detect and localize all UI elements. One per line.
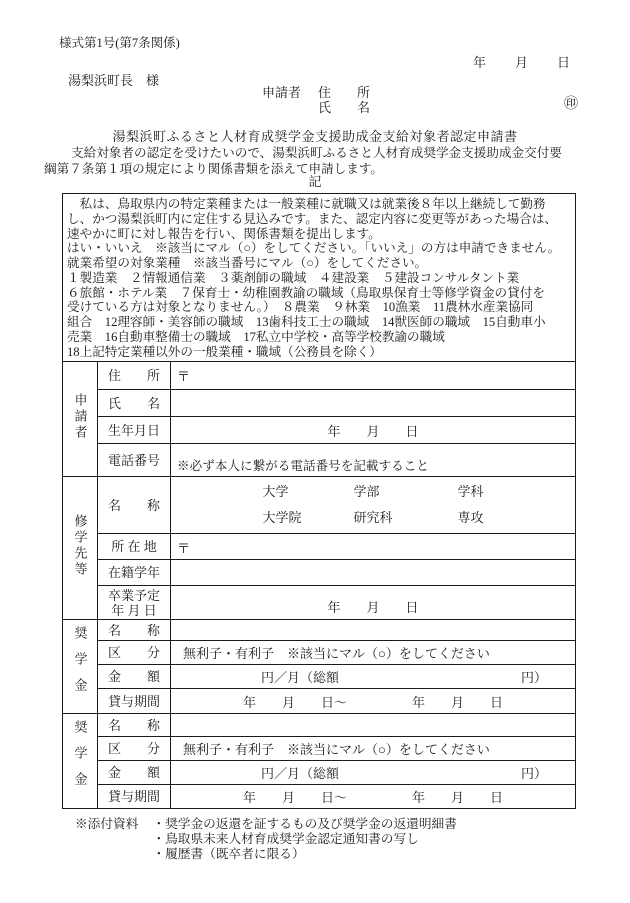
ki-heading: 記 (0, 171, 630, 190)
amount-total-close: 円） (521, 763, 547, 782)
scanned-form-page: 様式第1号(第7条関係) 年 月 日 湯梨浜町長 様 申請者住 所 氏 名 ㊞ … (0, 0, 630, 903)
phone-note: ※必ず本人に繋がる電話番号を記載すること (177, 455, 575, 474)
pledge-line: 受けている方は対象となりません。） ８農業 ９林業 10漁業 11農林水産業協同 (67, 300, 571, 315)
scholarship2-period-field: 年 月 日～ 年 月 日 (171, 785, 576, 809)
pledge-line: 18上記特定業種以外の一般業種・職域（公務員を除く） (67, 345, 571, 360)
applicant-birthdate-field: 年 月 日 (171, 417, 576, 444)
applicant-phone-field: ※必ず本人に繋がる電話番号を記載すること (171, 444, 576, 477)
scholarship1-category-field: 無利子・有利子 ※該当にマル（○）をしてください (171, 641, 576, 665)
pledge-line: 就業希望の対象業種 ※該当番号にマル（○）をしてください。 (67, 256, 571, 271)
scholarship2-period-label: 貸与期間 (98, 785, 171, 809)
scholarship1-amount-field: 円／月（総額 円） (171, 665, 576, 689)
intro-line-1: 支給対象者の認定を受けたいので、湯梨浜町ふるさと人材育成奨学金支援助成金交付要 (44, 146, 584, 162)
scholarship1-category-label: 区 分 (98, 641, 171, 665)
school-graduation-label: 卒業予定 年 月 日 (98, 586, 171, 620)
section-scholarship-1: 奨学金 (63, 620, 98, 714)
applicant-name-row-label: 氏 名 (98, 390, 171, 417)
scholarship1-name-label: 名 称 (98, 620, 171, 641)
applicant-label: 申請者 (262, 85, 301, 100)
scholarship2-category-label: 区 分 (98, 737, 171, 761)
school-grade-field (171, 560, 576, 586)
addressee: 湯梨浜町長 様 (68, 70, 159, 89)
pledge-line: １製造業 ２情報通信業 ３薬剤師の職域 ４建設業 ５建設コンサルタント業 (67, 271, 571, 286)
school-name-line-university: 大学 学部 学科 (171, 479, 575, 505)
school-name-field: 大学 学部 学科 大学院 研究科 専攻 (171, 477, 576, 534)
scholarship2-amount-field: 円／月（総額 円） (171, 761, 576, 785)
application-form-table: 私は、鳥取県内の特定業種または一般業種に就職又は就業後８年以上継続して勤務 し、… (62, 193, 576, 809)
applicant-name-field (171, 390, 576, 417)
scholarship2-amount-label: 金 額 (98, 761, 171, 785)
attachment-item: ・履歴書（既卒者に限る） (152, 847, 457, 862)
school-location-field: 〒 (171, 534, 576, 560)
section-school: 修学先等 (63, 477, 98, 620)
amount-per-month: 円／月（総額 (261, 667, 339, 686)
scholarship2-category-field: 無利子・有利子 ※該当にマル（○）をしてください (171, 737, 576, 761)
applicant-birthdate-label: 生年月日 (98, 417, 171, 444)
pledge-line: 組合 12理容師・美容師の職域 13歯科技工士の職域 14獣医師の職域 15自動… (67, 315, 571, 330)
scholarship1-period-label: 貸与期間 (98, 689, 171, 714)
scholarship1-period-field: 年 月 日～ 年 月 日 (171, 689, 576, 714)
scholarship2-name-label: 名 称 (98, 714, 171, 737)
scholarship1-amount-label: 金 額 (98, 665, 171, 689)
pledge-line: ６旅館・ホテル業 ７保育士・幼稚園教諭の職域（鳥取県保育士等修学資金の貸付を (67, 286, 571, 301)
applicant-phone-label: 電話番号 (98, 444, 171, 477)
school-location-label: 所 在 地 (98, 534, 171, 560)
pledge-line: 売業 16自動車整備士の職域 17私立中学校・高等学校教諭の職域 (67, 330, 571, 345)
attachment-item: ・鳥取県未来人材育成奨学金認定通知書の写し (152, 832, 457, 847)
date-field: 年 月 日 (473, 52, 571, 71)
pledge-line: はい・いいえ ※該当にマル（○）をしてください。「いいえ」の方は申請できません。 (67, 241, 571, 256)
school-grade-label: 在籍学年 (98, 560, 171, 586)
amount-total-close: 円） (521, 667, 547, 686)
amount-per-month: 円／月（総額 (261, 763, 339, 782)
pledge-line: 私は、鳥取県内の特定業種または一般業種に就職又は就業後８年以上継続して勤務 (67, 197, 571, 212)
section-scholarship-2: 奨学金 (63, 714, 98, 809)
pledge-line: 速やかに町に対し報告を行い、関係書類を提出します。 (67, 227, 571, 242)
attachments-label: ※添付資料 (75, 817, 138, 863)
attachments-note: ※添付資料 ・奨学金の返還を証するもの及び奨学金の返還明細書 ・鳥取県未来人材育… (75, 817, 457, 863)
pledge-box: 私は、鳥取県内の特定業種または一般業種に就職又は就業後８年以上継続して勤務 し、… (63, 194, 576, 362)
applicant-address-field: 〒 (171, 362, 576, 390)
seal-icon: ㊞ (564, 93, 578, 113)
document-title: 湯梨浜町ふるさと人材育成奨学金支援助成金支給対象者認定申請書 (0, 126, 630, 145)
form-number: 様式第1号(第7条関係) (59, 33, 180, 51)
section-applicant: 申請者 (63, 362, 98, 477)
school-graduation-field: 年 月 日 (171, 586, 576, 620)
scholarship2-name-field (171, 714, 576, 737)
school-name-label: 名 称 (98, 477, 171, 534)
pledge-line: し、かつ湯梨浜町内に定住する見込みです。また、認定内容に変更等があった場合は、 (67, 212, 571, 227)
applicant-address-row-label: 住 所 (98, 362, 171, 390)
scholarship1-name-field (171, 620, 576, 641)
applicant-name-label: 氏 名 (318, 97, 370, 116)
school-name-line-gradschool: 大学院 研究科 専攻 (171, 505, 575, 531)
attachment-item: ・奨学金の返還を証するもの及び奨学金の返還明細書 (152, 817, 457, 832)
